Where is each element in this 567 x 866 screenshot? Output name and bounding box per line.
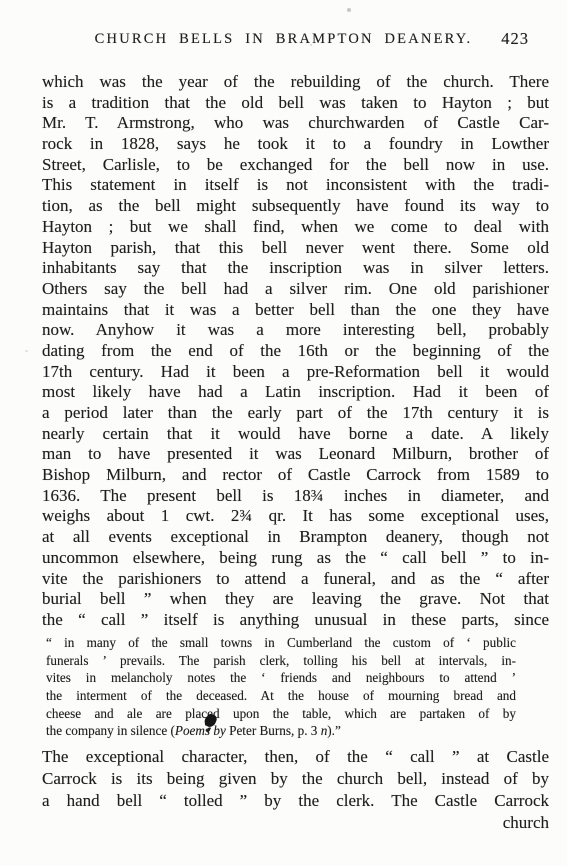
page-number: 423 <box>501 29 529 49</box>
body-line: 17th century. Had it been a pre-Reformat… <box>42 362 549 383</box>
body-line: uncommon elsewhere, being rung as the “ … <box>42 548 549 569</box>
body-line: Others say the bell had a silver rim. On… <box>42 279 549 300</box>
scan-speck <box>310 44 312 46</box>
footnote-line: “ in many of the small towns in Cumberla… <box>46 634 516 652</box>
body-line: most likely have had a Latin inscription… <box>42 382 549 403</box>
body-line: a period later than the early part of th… <box>42 403 549 424</box>
footnote-lines: “ in many of the small towns in Cumberla… <box>46 634 516 722</box>
closing-line: Carrock is its being given by the church… <box>42 768 549 790</box>
footnote-line: the interment of the deceased. At the ho… <box>46 687 516 705</box>
body-line: rock in 1828, says he took it to a found… <box>42 134 549 155</box>
body-line: at all events exceptional in Brampton de… <box>42 527 549 548</box>
closing-line: a hand bell “ tolled ” by the clerk. The… <box>42 790 549 812</box>
body-line: tion, as the bell might subsequently hav… <box>42 196 549 217</box>
body-line: vite the parishioners to attend a funera… <box>42 569 549 590</box>
closing-paragraph: The exceptional character, then, of the … <box>42 746 549 834</box>
footnote-line: vites in melancholy notes the ‘ friends … <box>46 669 516 687</box>
footnote-cited-work: Poems by <box>175 723 226 738</box>
running-header-title: CHURCH BELLS IN BRAMPTON DEANERY. <box>95 31 473 48</box>
closing-line: The exceptional character, then, of the … <box>42 746 549 768</box>
footnote-last-line: the company in silence (Poems by Peter B… <box>46 722 516 740</box>
footnote-line: funerals ’ prevails. The parish clerk, t… <box>46 652 516 670</box>
body-line: burial bell ” when they are leaving the … <box>42 589 549 610</box>
body-line: Hayton parish, that this bell never went… <box>42 238 549 259</box>
footnote-text: ).” <box>327 723 341 738</box>
body-line: dating from the end of the 16th or the b… <box>42 341 549 362</box>
body-line: man to have presented it was Leonard Mil… <box>42 444 549 465</box>
footnote-text: Peter Burns, p. 3 <box>226 723 321 738</box>
footnote-line: cheese and ale are placed upon the table… <box>46 705 516 723</box>
body-line: 1636. The present bell is 18¾ inches in … <box>42 486 549 507</box>
main-text-paragraph: which was the year of the rebuilding of … <box>42 72 549 631</box>
body-line: weighs about 1 cwt. 2¾ qr. It has some e… <box>42 506 549 527</box>
body-line: which was the year of the rebuilding of … <box>42 72 549 93</box>
footnote-text: the company in silence ( <box>46 723 175 738</box>
body-line: This statement in itself is not inconsis… <box>42 175 549 196</box>
body-line: the “ call ” itself is anything unusual … <box>42 610 549 631</box>
footnote: “ in many of the small towns in Cumberla… <box>46 634 516 740</box>
body-line: nearly certain that it would have borne … <box>42 424 549 445</box>
scan-speck <box>347 8 351 12</box>
body-line: now. Anyhow it was a more interesting be… <box>42 320 549 341</box>
body-line: inhabitants say that the inscription was… <box>42 258 549 279</box>
scanned-book-page: CHURCH BELLS IN BRAMPTON DEANERY. 423 wh… <box>0 0 567 866</box>
body-line: Hayton ; but we shall find, when we come… <box>42 217 549 238</box>
body-line: Street, Carlisle, to be exchanged for th… <box>42 155 549 176</box>
catchword: church <box>42 812 549 834</box>
body-line: Mr. T. Armstrong, who was churchwarden o… <box>42 113 549 134</box>
scan-speck <box>25 350 28 352</box>
body-line: maintains that it was a better bell than… <box>42 300 549 321</box>
body-line: Bishop Milburn, and rector of Castle Car… <box>42 465 549 486</box>
closing-lines: The exceptional character, then, of the … <box>42 746 549 812</box>
body-line: is a tradition that the old bell was tak… <box>42 93 549 114</box>
